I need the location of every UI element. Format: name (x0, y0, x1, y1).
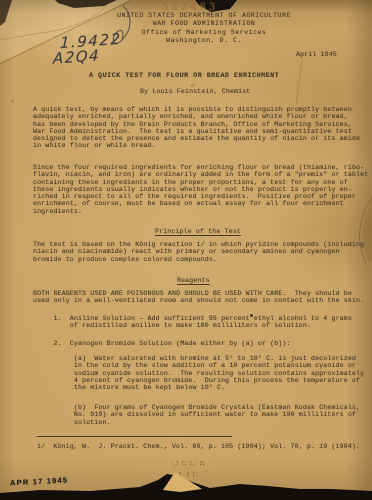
letterhead: UNITED STATES DEPARTMENT OF AGRICULTURE … (34, 12, 372, 46)
perforation-usda: USDA (158, 458, 222, 469)
scanned-document-page: 522483 1.9422 A2Q4 UNITED STATES DEPARTM… (0, 0, 372, 500)
document-title: A QUICK TEST FOR FLOUR OR BREAD ENRICHME… (89, 73, 279, 80)
section-heading-principle: Principle of the Test (155, 228, 241, 235)
vertical-crease (296, 54, 303, 104)
sub-item-a: (a) Water saturated with bromine at 5° t… (33, 355, 364, 391)
list-item-cyanogen: 2. Cyanogen Bromide Solution (Made eithe… (33, 340, 291, 347)
section-heading-reagents: Reagents (177, 277, 210, 284)
ink-blemish-spots (250, 314, 253, 317)
sub-item-b: (b) Four grams of Cyanogen Bromide Cryst… (33, 404, 360, 426)
byline: By Louis Feinstein, Chemist (140, 88, 250, 95)
paragraph-warning: BOTH REAGENTS USED ARE POISONOUS AND SHO… (33, 290, 364, 305)
footnote: 1/ König, W. J. Prackt. Chem., Vol. 69, … (37, 443, 360, 450)
pencil-call-number-line2: A2Q4 (53, 46, 101, 67)
received-date-stamp: APR 17 1945 (10, 475, 69, 487)
list-item-aniline: 1. Aniline Solution — Add sufficient 95 … (33, 315, 352, 330)
footnote-separator (37, 436, 232, 437)
office-name: Office of Marketing Services (34, 29, 372, 37)
document-date: April 1945 (296, 51, 337, 58)
paragraph-principle: The test is based on the König reaction … (33, 241, 364, 263)
administration-name: WAR FOOD ADMINISTRATION (34, 20, 372, 28)
paragraph-intro: A quick test, by means of which it is po… (33, 106, 360, 150)
location-line: Washington, D. C. (34, 37, 372, 45)
paragraph-premix: Since the four required ingredients for … (33, 164, 368, 215)
